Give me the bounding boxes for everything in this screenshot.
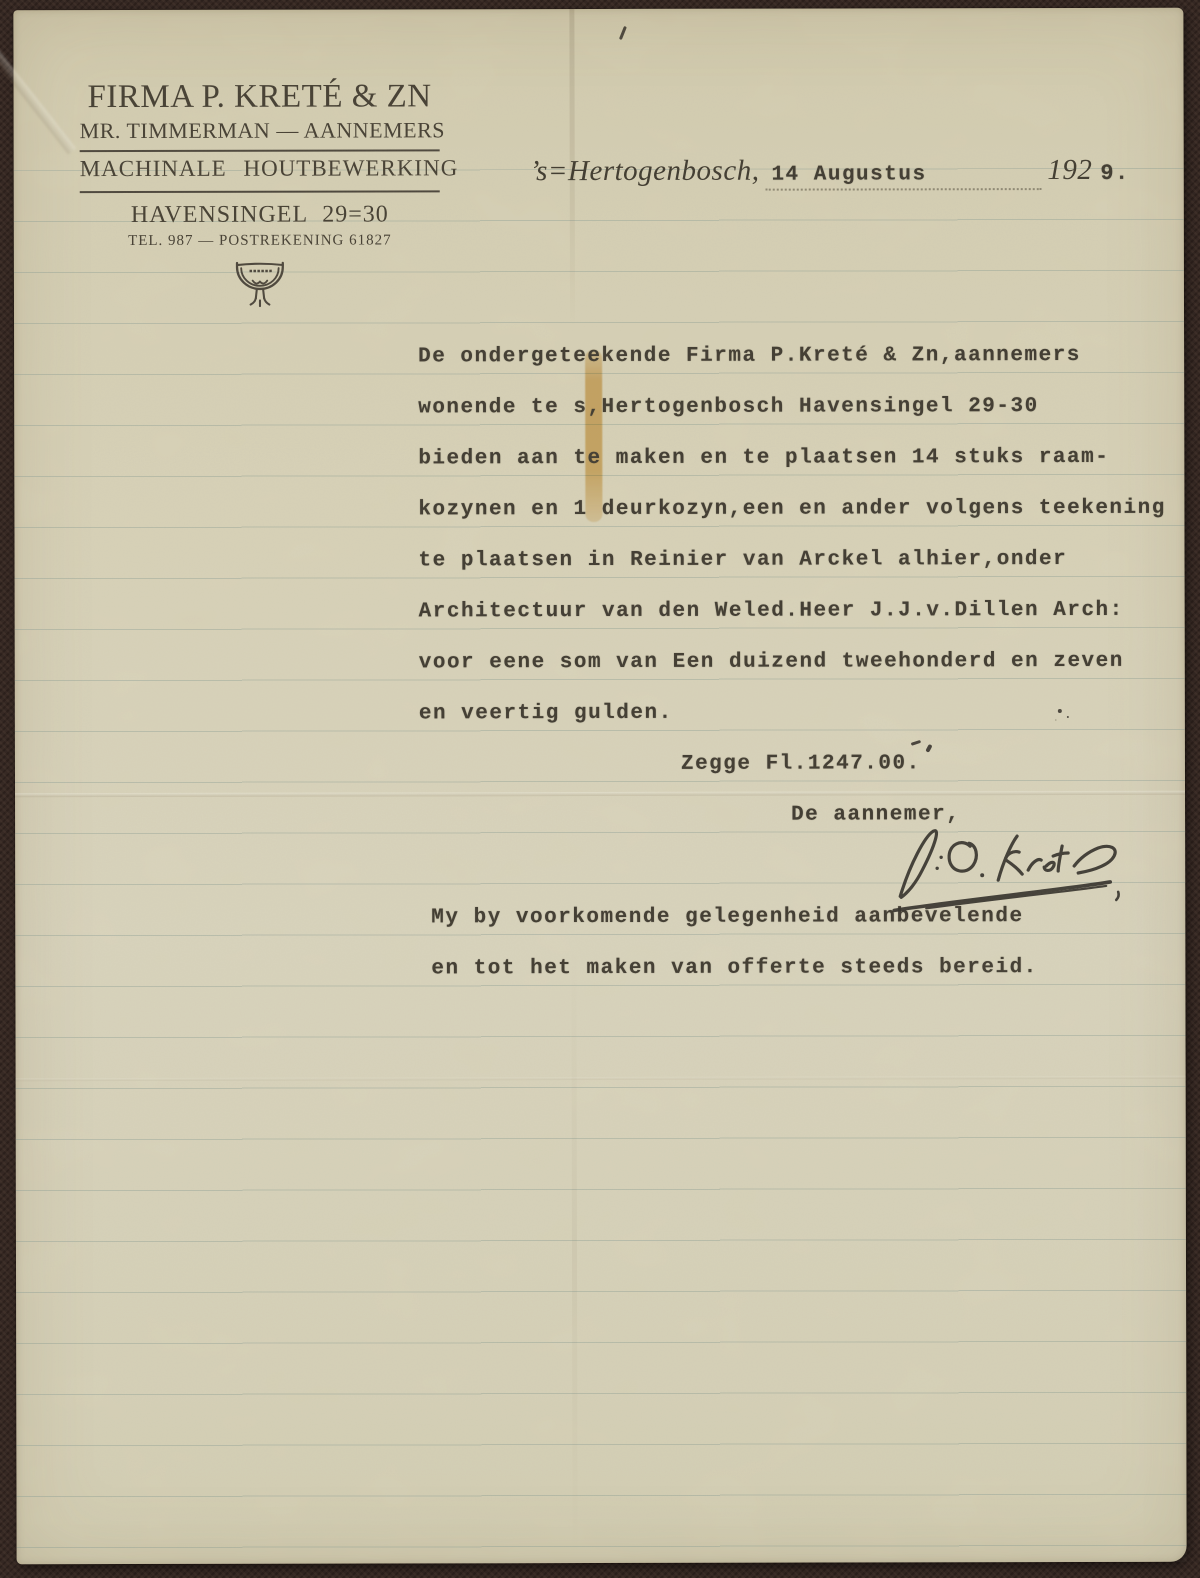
company-trade: MR. TIMMERMAN — AANNEMERS (80, 117, 440, 144)
body-line: voor eene som van Een duizend tweehonder… (419, 636, 1199, 689)
body-line: wonende te s,Hertogenbosch Havensingel 2… (418, 381, 1198, 434)
amount-line: Zegge Fl.1247.00. (681, 738, 1199, 790)
handwritten-signature (870, 818, 1140, 919)
dateline-place: ’s=Hertogenbosch, (530, 155, 760, 188)
dateline-typed-date: 14 Augustus (765, 163, 1041, 191)
company-specialty: MACHINALE HOUTBEWERKING (80, 151, 440, 185)
body-line: te plaatsen in Reinier van Arckel alhier… (418, 534, 1198, 587)
scanned-letter-page: { "colors": { "mount_background": "#3528… (0, 0, 1200, 1578)
closing-line: en tot het maken van offerte steeds bere… (431, 942, 1199, 995)
letterhead-rule (80, 190, 440, 193)
horizontal-fold-crease-faint (16, 1076, 1186, 1081)
company-name: FIRMA P. KRETÉ & ZN (80, 79, 440, 114)
body-line: en veertig gulden. (419, 687, 1199, 740)
dateline: ’s=Hertogenbosch, 14 Augustus 192 9. (530, 154, 1130, 191)
company-address: HAVENSINGEL 29=30 (80, 201, 440, 229)
ink-speck (619, 26, 627, 40)
body-line: bieden aan te maken en te plaatsen 14 st… (418, 432, 1198, 485)
body-line: De ondergeteekende Firma P.Kreté & Zn,aa… (418, 330, 1198, 383)
body-line: kozynen en 1 deurkozyn,een en ander volg… (418, 483, 1198, 536)
body-line: Architectuur van den Weled.Heer J.J.v.Di… (419, 585, 1199, 638)
corner-crease (0, 30, 76, 154)
letter-paper: FIRMA P. KRETÉ & ZN MR. TIMMERMAN — AANN… (13, 8, 1186, 1564)
dateline-year-prefix: 192 (1047, 154, 1092, 187)
company-contact: TEL. 987 — POSTREKENING 61827 (80, 232, 440, 250)
chalice-monogram-icon (80, 257, 440, 313)
dateline-typed-year: 9. (1100, 161, 1129, 186)
letterhead: FIRMA P. KRETÉ & ZN MR. TIMMERMAN — AANN… (80, 79, 440, 312)
